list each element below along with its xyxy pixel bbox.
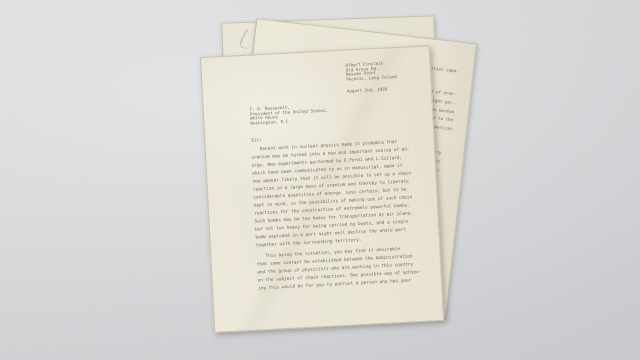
salutation: Sir: [251, 138, 262, 144]
paper-sheet-page1: Albert EinsteinOld Grove Rd.Nassau Point… [200, 45, 444, 333]
sender-address-line: Peconic, Long Island [346, 75, 397, 82]
photo-background: fficial capa- sale of uran-on might per-… [0, 0, 640, 360]
date-line: August 2nd, 1939 [347, 87, 388, 94]
letter-body-paragraph-1: Recent work in nuclear physics made it p… [251, 138, 420, 250]
letter-body-paragraph-2: This being the situation, you may find i… [256, 245, 422, 294]
sender-address-block: Albert EinsteinOld Grove Rd.Nassau Point… [345, 61, 396, 82]
recipient-address-block: F. D. Roosevelt,President of the United … [250, 104, 329, 126]
